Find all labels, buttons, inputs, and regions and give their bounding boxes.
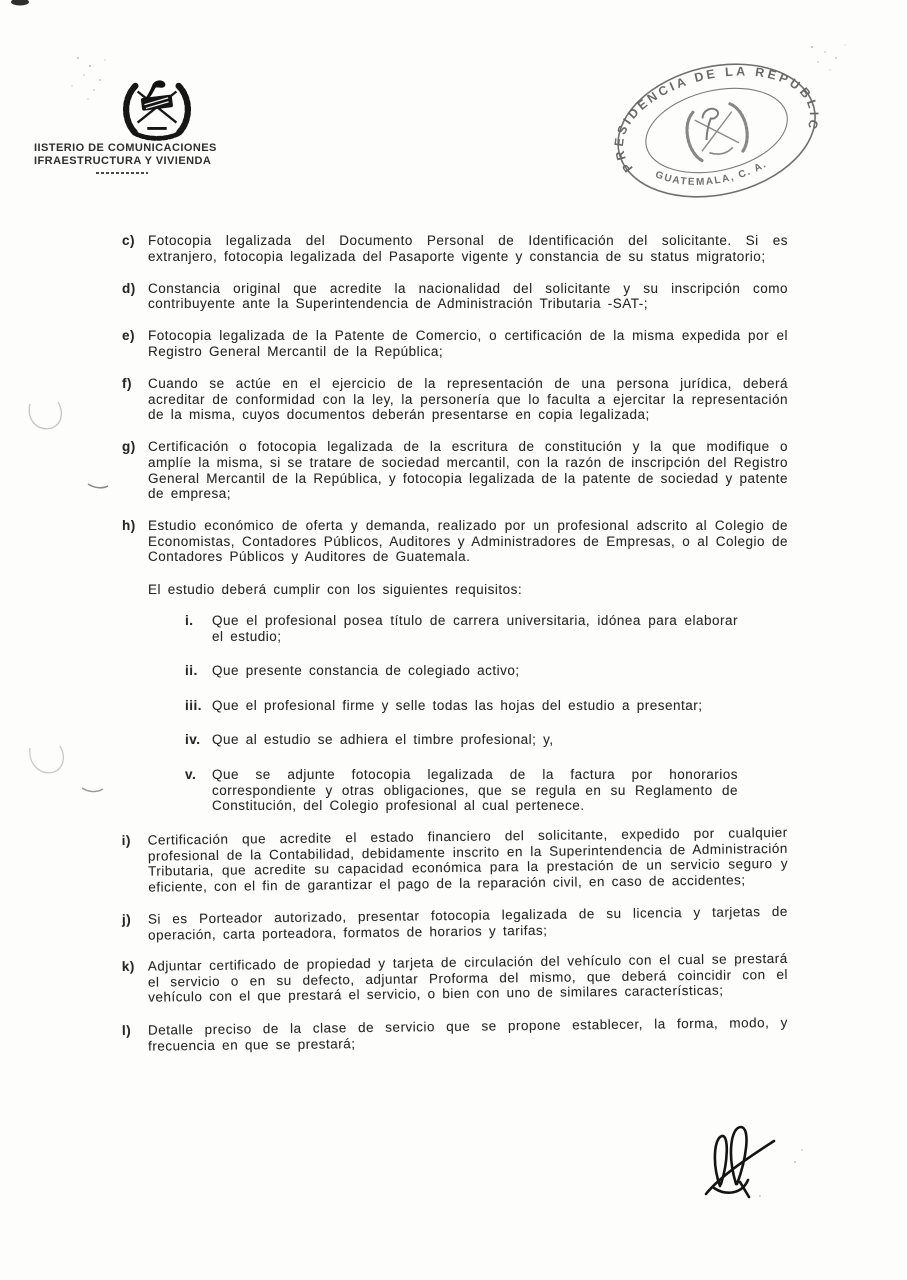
- list-item-d: d)Constancia original que acredite la na…: [122, 281, 788, 312]
- list-item-g-label: g): [122, 439, 136, 455]
- sub-item-i-text: Que el profesional posea título de carre…: [212, 613, 738, 644]
- list-item-c: c)Fotocopia legalizada del Documento Per…: [122, 233, 788, 264]
- list-item-h-label: h): [122, 518, 136, 534]
- list-item-j-label: j): [122, 912, 131, 928]
- list-item-h: h)Estudio económico de oferta y demanda,…: [122, 518, 788, 565]
- sub-item-i-label: i.: [185, 613, 194, 629]
- sub-item-ii-text: Que presente constancia de colegiado act…: [212, 663, 520, 678]
- list-item-g-text: Certificación o fotocopia legalizada de …: [148, 439, 788, 501]
- sub-item-iv-text: Que al estudio se adhiera el timbre prof…: [212, 732, 554, 747]
- seal-top-text: PRESIDENCIA DE LA REPUBLICA: [595, 31, 826, 181]
- list-item-l-text: Detalle preciso de la clase de servicio …: [148, 1015, 788, 1053]
- list-item-f: f)Cuando se actúe en el ejercicio de la …: [122, 376, 788, 423]
- list-item-k-text: Adjuntar certificado de propiedad y tarj…: [148, 951, 788, 1005]
- list-item-e-text: Fotocopia legalizada de la Patente de Co…: [148, 328, 788, 359]
- seal-coat-of-arms-icon: [682, 101, 751, 162]
- study-requirements-intro: El estudio deberá cumplir con los siguie…: [122, 582, 788, 598]
- list-item-j-text: Si es Porteador autorizado, presentar fo…: [148, 904, 788, 942]
- margin-pen-curve-2: [30, 746, 64, 773]
- list-item-f-label: f): [122, 376, 132, 392]
- sub-item-v-text: Que se adjunte fotocopia legalizada de l…: [212, 767, 738, 813]
- sub-item-iv-label: iv.: [185, 732, 201, 748]
- sub-item-ii: ii.Que presente constancia de colegiado …: [185, 663, 738, 679]
- corner-blot: [11, 0, 29, 6]
- sub-item-iii-text: Que el profesional firme y selle todas l…: [212, 698, 702, 713]
- sub-item-v-label: v.: [185, 767, 196, 783]
- list-item-c-label: c): [122, 233, 135, 249]
- list-item-e: e)Fotocopia legalizada de la Patente de …: [122, 328, 788, 359]
- sub-item-ii-label: ii.: [185, 663, 198, 679]
- list-item-f-text: Cuando se actúe en el ejercicio de la re…: [148, 376, 788, 422]
- presidencia-seal: PRESIDENCIA DE LA REPUBLICA GUATEMALA, C…: [595, 31, 843, 234]
- ministry-name-underline: [96, 172, 148, 174]
- ministry-name: IISTERIO DE COMUNICACIONES IFRAESTRUCTUR…: [34, 142, 217, 167]
- list-item-k: k)Adjuntar certificado de propiedad y ta…: [122, 951, 789, 1006]
- sub-item-v: v.Que se adjunte fotocopia legalizada de…: [185, 767, 738, 814]
- ministry-coat-of-arms-icon: [118, 74, 196, 142]
- speckles-top-left: [71, 57, 105, 100]
- list-item-d-text: Constancia original que acredite la naci…: [148, 281, 788, 312]
- ministry-name-line1: IISTERIO DE COMUNICACIONES: [34, 142, 217, 155]
- sub-item-iv: iv.Que al estudio se adhiera el timbre p…: [185, 732, 738, 748]
- requirements-list: c)Fotocopia legalizada del Documento Per…: [122, 233, 788, 1070]
- ministry-name-line2: IFRAESTRUCTURA Y VIVIENDA: [34, 155, 217, 168]
- list-item-d-label: d): [122, 281, 136, 297]
- study-requirements-intro-text: El estudio deberá cumplir con los siguie…: [148, 582, 522, 597]
- list-item-i-text: Certificación que acredite el estado fin…: [148, 825, 789, 895]
- list-item-h-text: Estudio económico de oferta y demanda, r…: [148, 518, 788, 564]
- list-item-e-label: e): [122, 328, 135, 344]
- list-item-i: i)Certificación que acredite el estado f…: [122, 825, 789, 896]
- list-item-k-label: k): [122, 959, 135, 975]
- list-item-l-label: l): [122, 1023, 131, 1039]
- list-item-c-text: Fotocopia legalizada del Documento Perso…: [148, 233, 788, 264]
- margin-pen-dash-2: [82, 788, 103, 792]
- signature-initials: [700, 1122, 794, 1202]
- list-item-j: j)Si es Porteador autorizado, presentar …: [122, 904, 788, 943]
- list-item-l: l)Detalle preciso de la clase de servici…: [122, 1015, 788, 1054]
- list-item-i-label: i): [122, 833, 131, 849]
- svg-text:PRESIDENCIA DE LA REPUBLICA: PRESIDENCIA DE LA REPUBLICA: [595, 31, 826, 181]
- list-item-g: g)Certificación o fotocopia legalizada d…: [122, 439, 788, 501]
- sub-item-i: i.Que el profesional posea título de car…: [185, 613, 738, 644]
- sub-item-iii-label: iii.: [185, 698, 202, 714]
- margin-pen-dash-1: [88, 484, 108, 488]
- sub-item-iii: iii.Que el profesional firme y selle tod…: [185, 698, 738, 714]
- margin-pen-curve-1: [29, 402, 61, 429]
- scanned-document-page: IISTERIO DE COMUNICACIONES IFRAESTRUCTUR…: [0, 0, 907, 1280]
